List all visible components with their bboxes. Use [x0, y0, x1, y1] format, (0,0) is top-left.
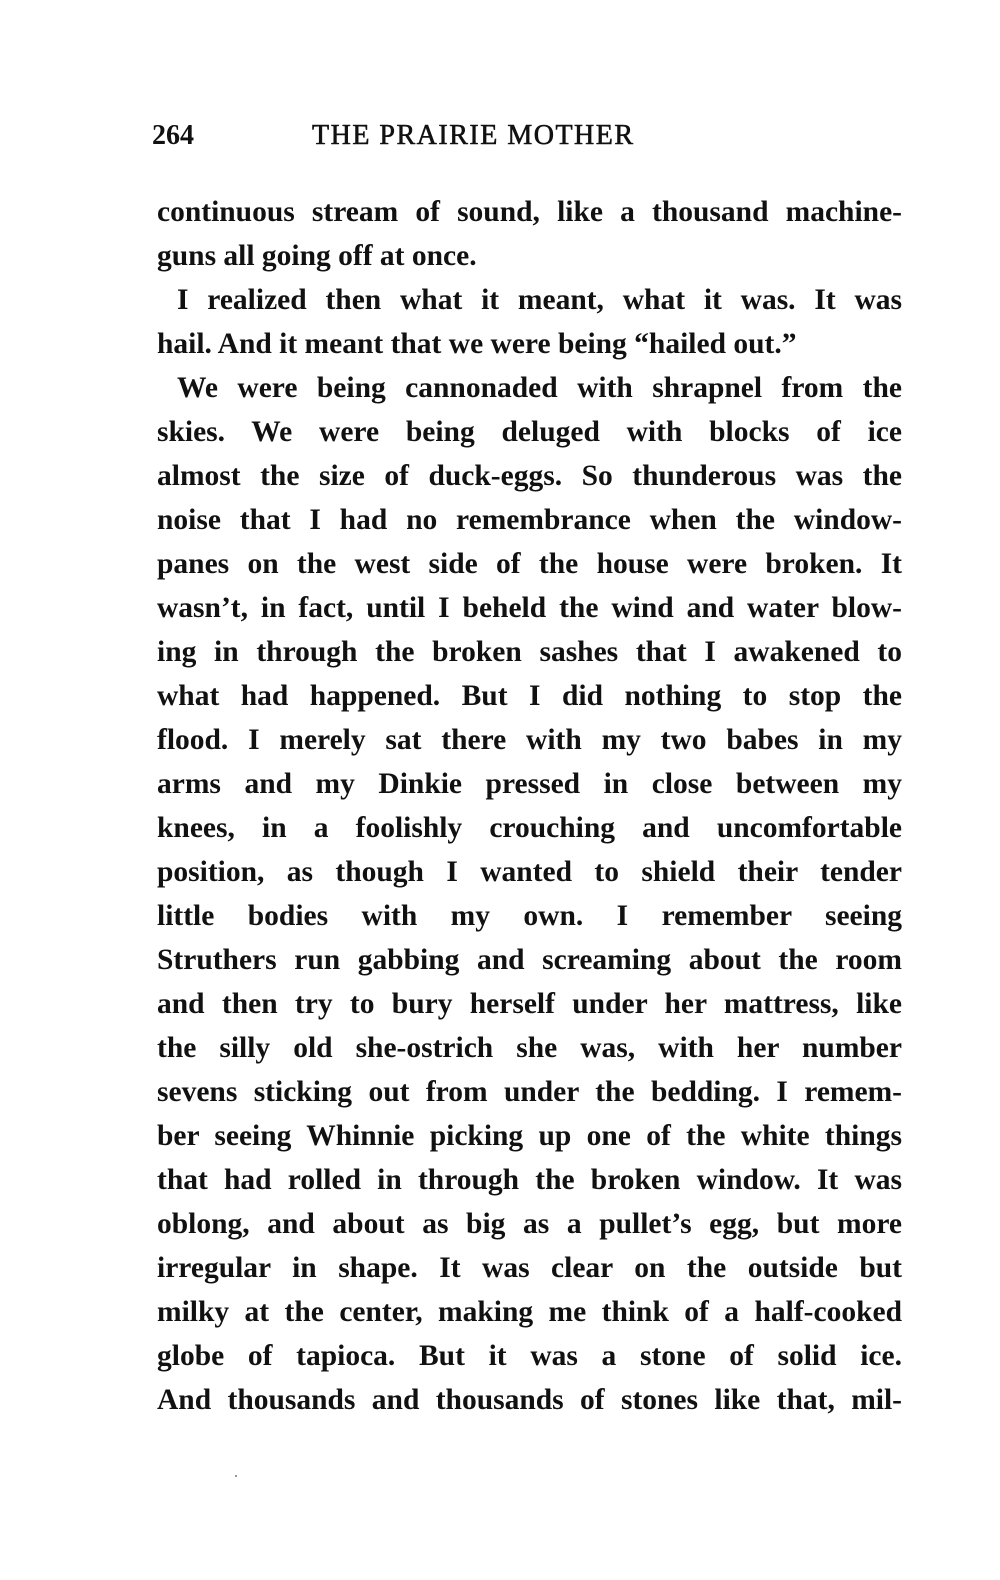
text-line: that had rolled in through the broken wi…	[157, 1158, 902, 1202]
text-line: guns all going off at once.	[157, 234, 902, 278]
text-line: irregular in shape. It was clear on the …	[157, 1246, 902, 1290]
text-line: globe of tapioca. But it was a stone of …	[157, 1334, 902, 1378]
text-line: panes on the west side of the house were…	[157, 542, 902, 586]
text-line: arms and my Dinkie pressed in close betw…	[157, 762, 902, 806]
text-line: flood. I merely sat there with my two ba…	[157, 718, 902, 762]
text-line: and then try to bury herself under her m…	[157, 982, 902, 1026]
page-header: 264 THE PRAIRIE MOTHER	[152, 120, 912, 160]
text-line: noise that I had no remembrance when the…	[157, 498, 902, 542]
text-line: little bodies with my own. I remember se…	[157, 894, 902, 938]
page-number: 264	[152, 120, 194, 152]
text-line: oblong, and about as big as a pullet’s e…	[157, 1202, 902, 1246]
text-line: ing in through the broken sashes that I …	[157, 630, 902, 674]
speck-mark	[235, 1475, 237, 1477]
text-line: the silly old she-ostrich she was, with …	[157, 1026, 902, 1070]
text-line: knees, in a foolishly crouching and unco…	[157, 806, 902, 850]
text-line: ber seeing Whinnie picking up one of the…	[157, 1114, 902, 1158]
text-line: sevens sticking out from under the beddi…	[157, 1070, 902, 1114]
text-line: milky at the center, making me think of …	[157, 1290, 902, 1334]
text-line: Struthers run gabbing and screaming abou…	[157, 938, 902, 982]
text-line: I realized then what it meant, what it w…	[157, 278, 902, 322]
text-line: almost the size of duck-eggs. So thunder…	[157, 454, 902, 498]
text-line: what had happened. But I did nothing to …	[157, 674, 902, 718]
text-line: hail. And it meant that we were being “h…	[157, 322, 902, 366]
body-text: continuous stream of sound, like a thous…	[157, 190, 902, 1422]
text-line: We were being cannonaded with shrapnel f…	[157, 366, 902, 410]
text-line: wasn’t, in fact, until I beheld the wind…	[157, 586, 902, 630]
running-title: THE PRAIRIE MOTHER	[312, 120, 635, 152]
text-line: And thousands and thousands of stones li…	[157, 1378, 902, 1422]
text-line: position, as though I wanted to shield t…	[157, 850, 902, 894]
book-page: 264 THE PRAIRIE MOTHER continuous stream…	[0, 0, 1000, 1580]
text-line: skies. We were being deluged with blocks…	[157, 410, 902, 454]
text-line: continuous stream of sound, like a thous…	[157, 190, 902, 234]
